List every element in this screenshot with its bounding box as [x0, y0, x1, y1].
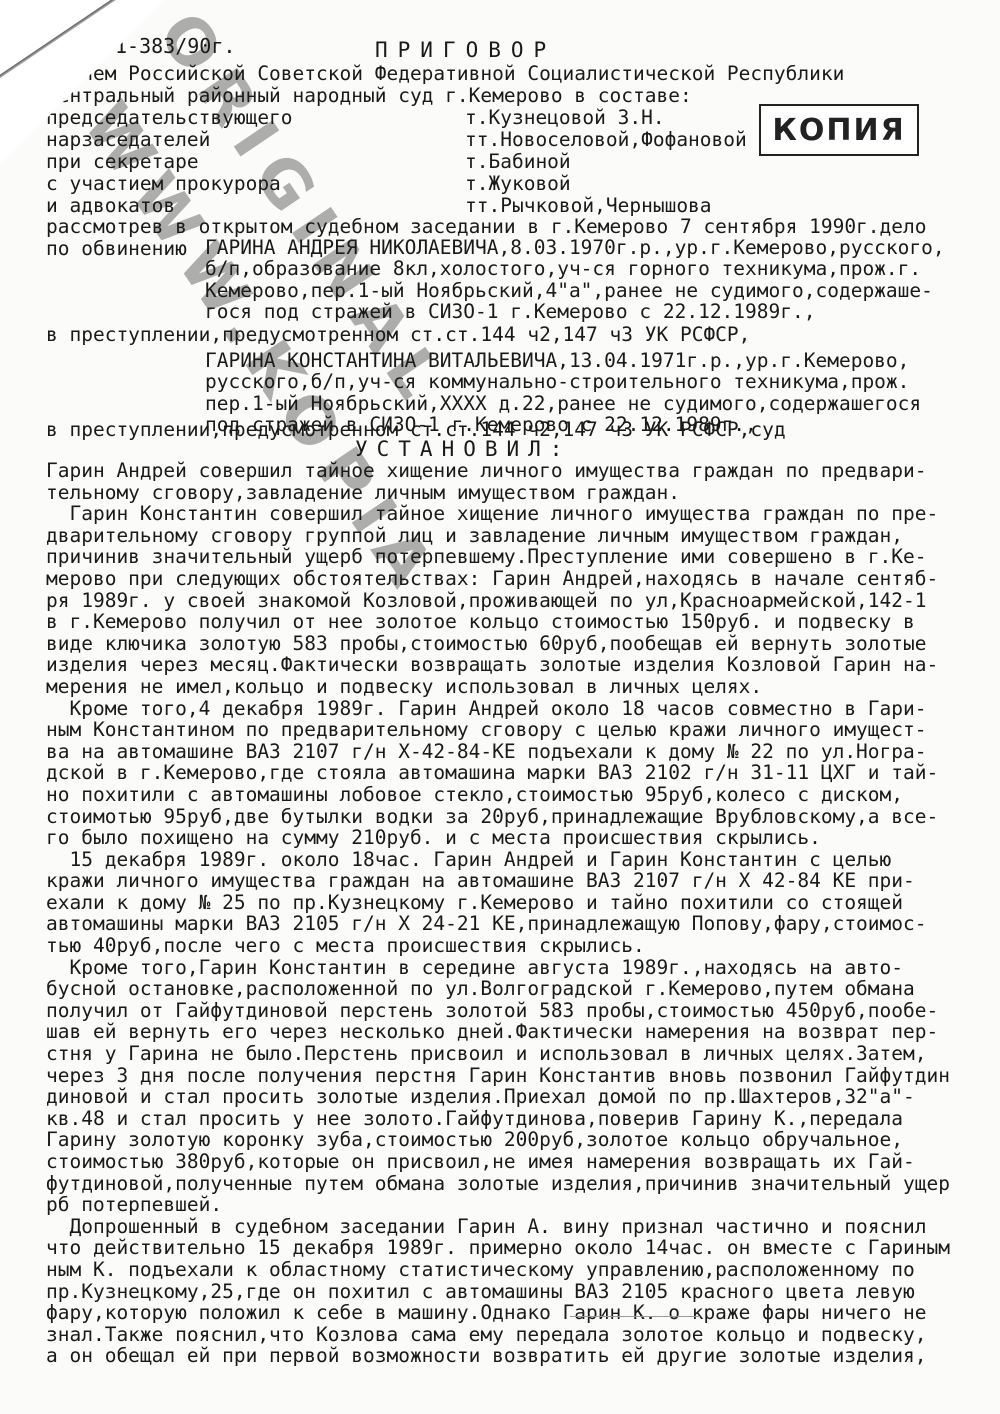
body-line: дской в г.Кемерово,где стояла автомашина…	[46, 762, 996, 784]
body-line: а он обещал ей при первой возможности во…	[46, 1345, 996, 1367]
composition-role: с участием прокурора	[46, 172, 281, 195]
body-line: причинив значительный ущерб потерпевшему…	[46, 546, 996, 568]
body-line: диновой и стал просить золотые изделия.П…	[46, 1086, 996, 1108]
body-line: фару,которую положил к себе в машину.Одн…	[46, 1302, 996, 1324]
charge-1: в преступлении,предусмотренном ст.ст.144…	[46, 323, 750, 346]
composition-name: тт.Новоселовой,Фофановой	[465, 128, 747, 151]
defendant-1-line: ГАРИНА АНДРЕЯ НИКОЛАЕВИЧА,8.03.1970г.р.,…	[205, 237, 945, 258]
header-line: именем Российской Советской Федеративной…	[46, 62, 844, 85]
body-line: Кроме того,4 декабря 1989г. Гарин Андрей…	[46, 698, 996, 720]
defendant-2-line: ГАРИНА КОНСТАНТИНА ВИТАЛЬЕВИЧА,13.04.197…	[205, 350, 921, 371]
defendant-1-line: гося под стражей в СИЗО-1 г.Кемерово с 2…	[205, 301, 945, 322]
scan-artifact-line	[570, 1316, 700, 1317]
folded-corner	[0, 0, 165, 165]
body-line: ехали к дому № 25 по пр.Кузнецкому г.Кем…	[46, 892, 996, 914]
considered-line: рассмотрев в открытом судебном заседании…	[46, 215, 927, 238]
defendant-1-line: б/п,образование 8кл,холостого,уч-ся горн…	[205, 258, 945, 279]
composition-name: т.Кузнецовой З.Н.	[465, 106, 665, 129]
body-line: 15 декабря 1989г. около 18час. Гарин Анд…	[46, 849, 996, 871]
body-line: пр.Кузнецкому,25,где он похитил с автома…	[46, 1281, 996, 1303]
verdict-body: Гарин Андрей совершил тайное хищение лич…	[46, 460, 996, 1367]
composition-name: тт.Рычковой,Чернышова	[465, 194, 712, 217]
body-line: кв.48 и стал просить у нее золото.Гайфут…	[46, 1108, 996, 1130]
composition-name: т.Жуковой	[465, 172, 571, 195]
body-line: стоимостью 380руб,которые он присвоил,не…	[46, 1151, 996, 1173]
body-line: что действительно 15 декабря 1989г. прим…	[46, 1237, 996, 1259]
body-line: шав ей вернуть его через несколько дней.…	[46, 1021, 996, 1043]
copy-stamp: КОПИЯ	[759, 104, 919, 156]
body-line: го было похищено на сумму 210руб. и с ме…	[46, 827, 996, 849]
body-line: Гарин Андрей совершил тайное хищение лич…	[46, 460, 996, 482]
body-line: мерово при следующих обстоятельствах: Га…	[46, 568, 996, 590]
defendant-2-line: пер.1-ый Ноябрьский,ХХХХ д.22,ранее не с…	[205, 393, 921, 414]
defendant-1: ГАРИНА АНДРЕЯ НИКОЛАЕВИЧА,8.03.1970г.р.,…	[205, 237, 945, 322]
body-line: автомашины марки ВАЗ 2105 г/н Х 24-21 КЕ…	[46, 913, 996, 935]
body-line: ря 1989г. у своей знакомой Козловой,прож…	[46, 590, 996, 612]
established-heading: УСТАНОВИЛ:	[355, 437, 571, 461]
document-title: ПРИГОВОР	[375, 38, 556, 62]
body-line: но похитили с автомашины лобовое стекло,…	[46, 784, 996, 806]
body-line: ным Константином по предварительному сго…	[46, 719, 996, 741]
body-line: Кроме того,Гарин Константин в середине а…	[46, 957, 996, 979]
body-line: изделия через месяц.Фактически возвращат…	[46, 654, 996, 676]
body-line: Гарину золотую коронку зуба,стоимостью 2…	[46, 1129, 996, 1151]
body-line: ва на автомашине ВАЗ 2107 г/н Х-42-84-КЕ…	[46, 741, 996, 763]
body-line: стоимотью 95руб,две бутылки водки за 20р…	[46, 806, 996, 828]
body-line: Гарин Константин совершил тайное хищение…	[46, 503, 996, 525]
body-line: через 3 дня после получения перстня Гари…	[46, 1065, 996, 1087]
body-line: кражи личного имущества граждан на автом…	[46, 870, 996, 892]
body-line: тельному сговору,завладение личным имуще…	[46, 482, 996, 504]
defendant-1-line: Кемерово,пер.1-ый Ноябрьский,4"а",ранее …	[205, 280, 945, 301]
body-line: рб потерпевшей.	[46, 1194, 996, 1216]
body-line: тью 40руб,после чего с места происшестви…	[46, 935, 996, 957]
defendant-2-line: русского,б/п,уч-ся коммунально-строитель…	[205, 371, 921, 392]
composition-name: т.Бабиной	[465, 150, 571, 173]
body-line: Допрошенный в судебном заседании Гарин А…	[46, 1216, 996, 1238]
body-line: получил от Гайфутдиновой перстень золото…	[46, 1000, 996, 1022]
body-line: стня у Гарина не было.Перстень присвоил …	[46, 1043, 996, 1065]
body-line: знал.Также пояснил,что Козлова сама ему …	[46, 1324, 996, 1346]
body-line: бусной остановке,расположенной по ул.Вол…	[46, 978, 996, 1000]
body-line: дварительному сговору группой лиц и завл…	[46, 525, 996, 547]
scanned-page: ORIGINAL WWW.KOPIA 1-383/90г. ПРИГОВОР К…	[0, 0, 1000, 1414]
body-line: в г.Кемерово получил от нее золотое коль…	[46, 611, 996, 633]
body-line: футдиновой,полученные путем обмана золот…	[46, 1173, 996, 1195]
composition-role: и адвокатов	[46, 194, 175, 217]
accusation-label: по обвинению	[46, 237, 187, 260]
body-line: мерения не имел,кольцо и подвеску исполь…	[46, 676, 996, 698]
body-line: виде ключика золотую 583 пробы,стоимость…	[46, 633, 996, 655]
body-line: ным К. подъехали к областному статистиче…	[46, 1259, 996, 1281]
